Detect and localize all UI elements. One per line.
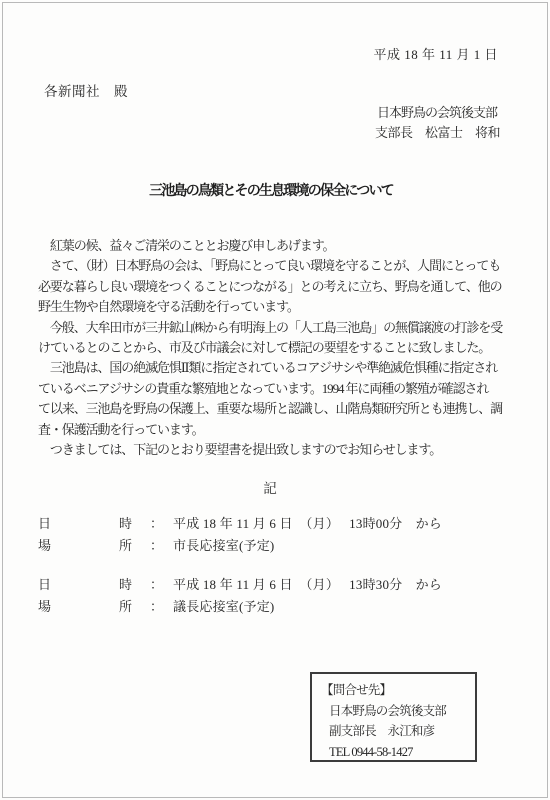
body-line: ているベニアジサシの貴重な繁殖地となっています。1994 年に両種の繁殖が確認さ…	[38, 379, 518, 399]
body-line: 今般、大牟田市が三井鉱山㈱から有明海上の「人工島三池島」の無償譲渡の打診を受	[38, 318, 518, 338]
schedule-colon: ：	[150, 596, 173, 615]
schedule-colon: ：	[150, 535, 173, 554]
body-line: て以来、三池島を野鳥の保護上、重要な場所と認識し、山階鳥類研究所とも連携し、調	[38, 399, 518, 419]
schedule-row-datetime-1: 日時：平成 18 年 11 月 6 日 （月） 13時00分 から	[38, 513, 442, 531]
schedule-label: 場	[38, 535, 119, 554]
body-line: 査・保護活動を行っています。	[38, 420, 518, 440]
schedule-label: 場	[38, 596, 119, 615]
body-line: けているとのことから、市及び市議会に対して標記の要望をすることに致しました。	[38, 338, 518, 358]
body-text: 紅葉の候、益々ご清栄のこととお慶び申しあげます。 さて、（財）日本野鳥の会は、「…	[38, 236, 518, 460]
body-line: さて、（財）日本野鳥の会は、「野鳥にとって良い環境を守ることが、人間にとっても	[38, 256, 518, 276]
sender-person: 支部長 松富士 将和	[375, 122, 500, 141]
schedule-value: 平成 18 年 11 月 6 日 （月） 13時00分 から	[173, 513, 442, 532]
schedule-row-datetime-2: 日時：平成 18 年 11 月 6 日 （月） 13時30分 から	[38, 574, 442, 592]
body-line: 三池島は、国の絶滅危惧Ⅱ類に指定されているコアジサシや準絶滅危惧種に指定され	[38, 358, 518, 378]
schedule-row-place-2: 場所：議長応接室(予定)	[38, 596, 274, 614]
schedule-value: 市長応接室(予定)	[173, 535, 274, 554]
body-line: 紅葉の候、益々ご清栄のこととお慶び申しあげます。	[38, 236, 518, 256]
schedule-value: 議長応接室(予定)	[173, 596, 274, 615]
contact-organization: 日本野鳥の会筑後支部	[329, 701, 475, 722]
schedule-label: 時	[119, 513, 150, 532]
schedule-label: 日	[38, 513, 119, 532]
contact-person: 副支部長 永江和彦	[329, 721, 475, 742]
schedule-value: 平成 18 年 11 月 6 日 （月） 13時30分 から	[173, 574, 442, 593]
contact-heading: 【問合せ先】	[321, 680, 475, 701]
recipient-line: 各新聞社 殿	[44, 80, 128, 100]
record-marker: 記	[0, 477, 540, 497]
schedule-label: 所	[119, 596, 150, 615]
schedule-label: 日	[38, 574, 119, 593]
schedule-label: 時	[119, 574, 150, 593]
document-title: 三池島の鳥類とその生息環境の保全について	[0, 180, 542, 200]
schedule-label: 所	[119, 535, 150, 554]
document-date: 平成 18 年 11 月 1 日	[373, 44, 498, 63]
contact-box: 【問合せ先】 日本野鳥の会筑後支部 副支部長 永江和彦 TEL 0944-58-…	[310, 672, 477, 762]
schedule-colon: ：	[150, 574, 173, 593]
scanned-letter-page: 平成 18 年 11 月 1 日 各新聞社 殿 日本野鳥の会筑後支部 支部長 松…	[0, 0, 550, 800]
sender-organization: 日本野鳥の会筑後支部	[377, 102, 497, 121]
body-line: つきましては、下記のとおり要望書を提出致しますのでお知らせします。	[38, 440, 518, 460]
schedule-colon: ：	[150, 513, 173, 532]
body-line: 野生生物や自然環境を守る活動を行っています。	[38, 297, 518, 317]
body-line: 必要な暮らし良い環境をつくることにつながる」との考えに立ち、野鳥を通して、他の	[38, 277, 518, 297]
schedule-row-place-1: 場所：市長応接室(予定)	[38, 535, 274, 553]
contact-telephone: TEL 0944-58-1427	[329, 742, 475, 763]
